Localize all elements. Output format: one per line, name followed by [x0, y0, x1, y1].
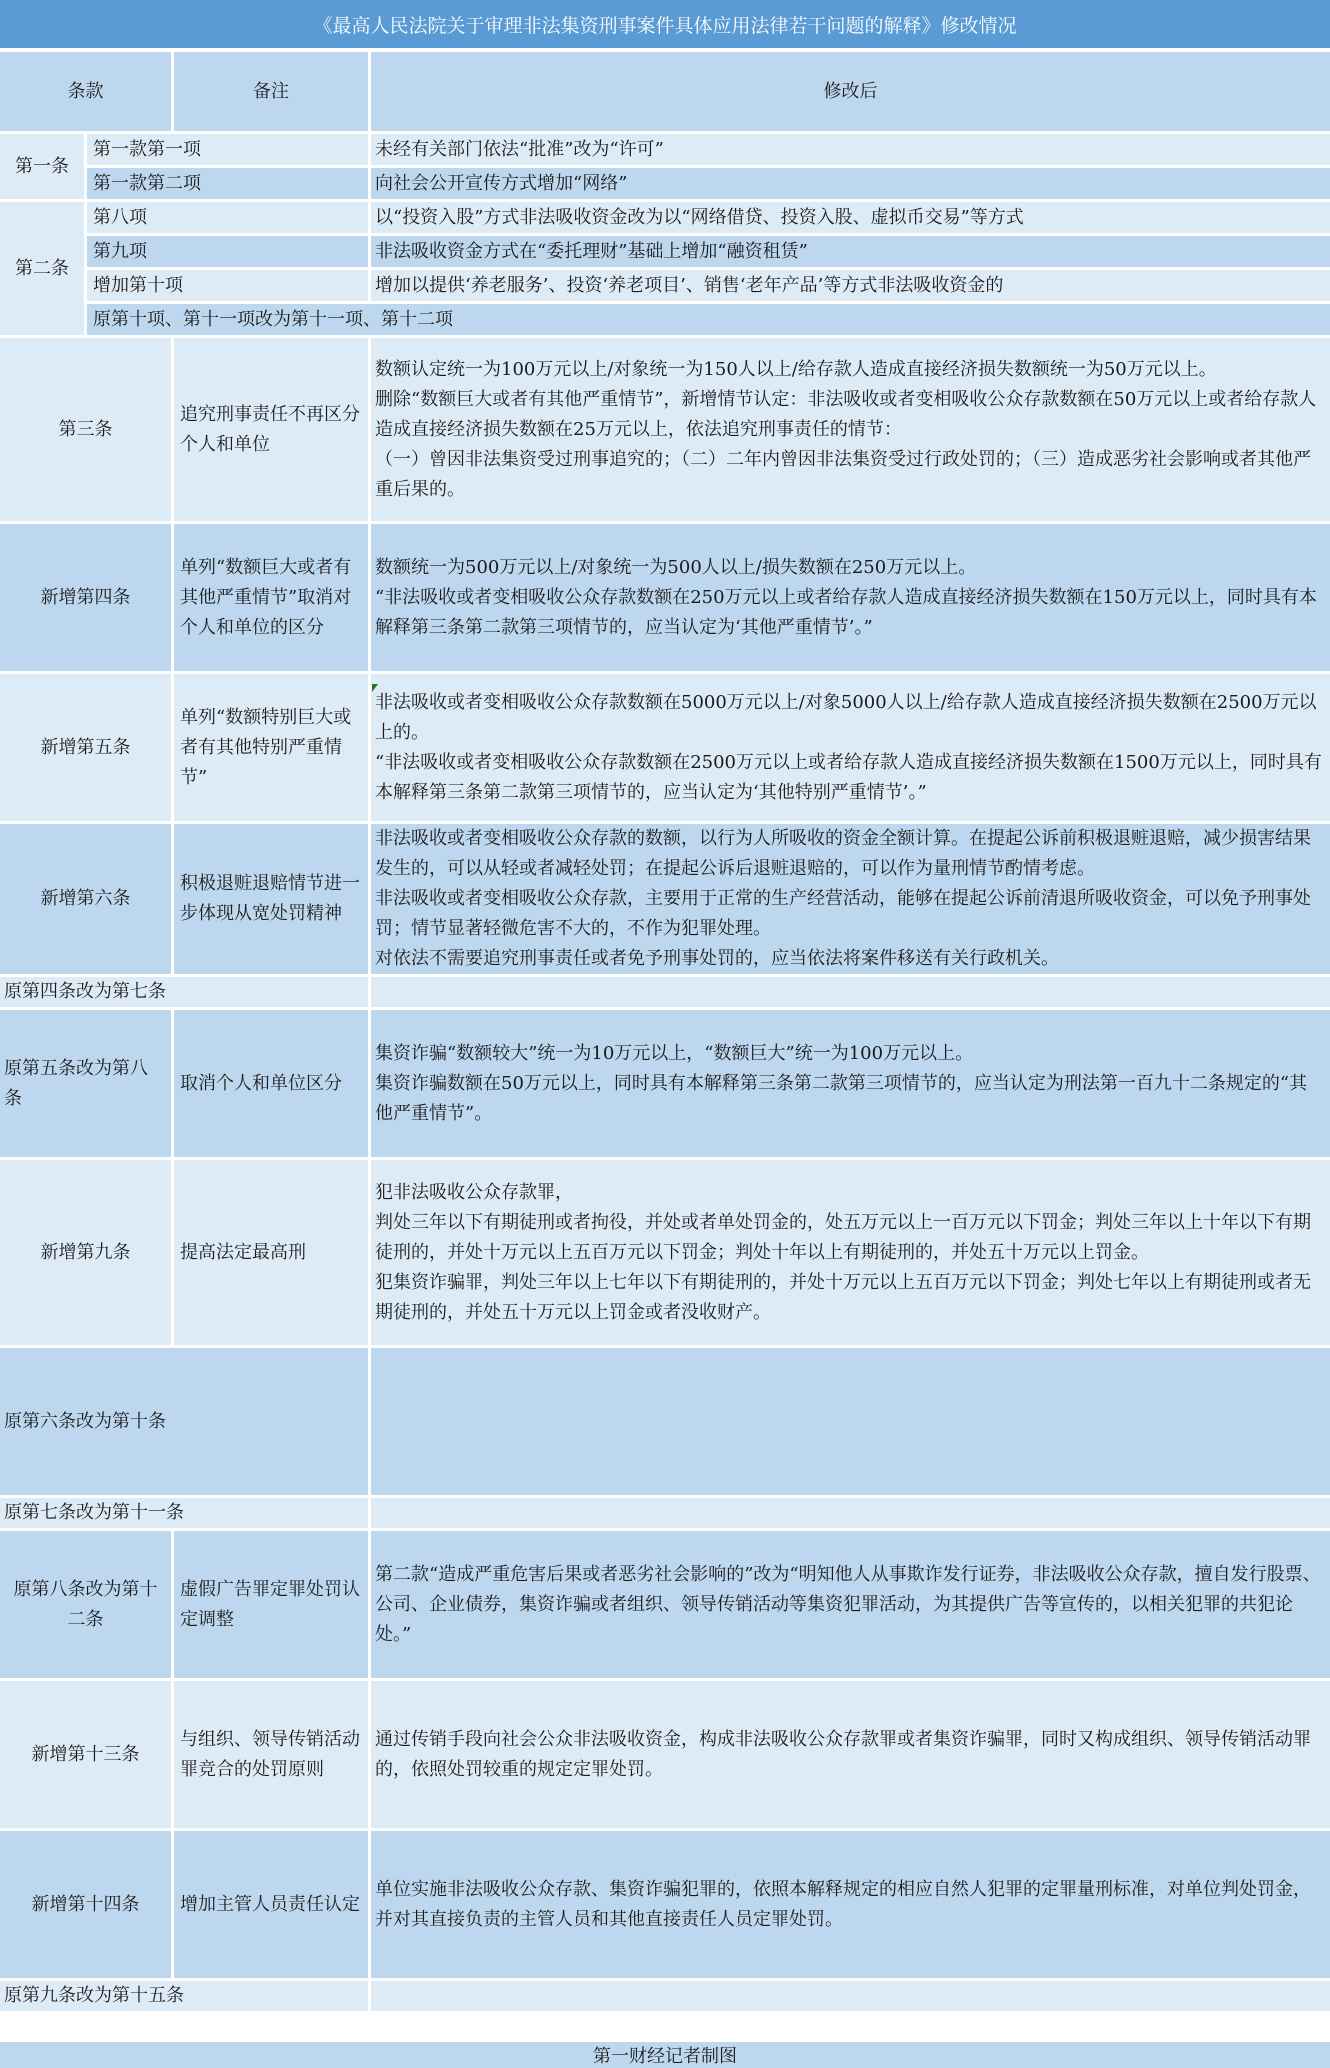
table-row: 原第五条改为第八条 取消个人和单位区分 集资诈骗“数额较大”统一为10万元以上，…	[0, 1010, 1330, 1160]
revised-cell: 未经有关部门依法“批准”改为“许可”	[371, 134, 1330, 168]
revised-line: 第二款“造成严重危害后果或者恶劣社会影响的”改为“明知他人从事欺诈发行证券，非法…	[375, 1560, 1324, 1650]
clause-cell: 新增第十四条	[0, 1831, 174, 1981]
revised-line: “非法吸收或者变相吸收公众存款数额在250万元以上或者给存款人造成直接经济损失数…	[375, 583, 1324, 643]
revised-line: 对依法不需要追究刑事责任或者免予刑事处罚的，应当依法将案件移送有关行政机关。	[375, 944, 1324, 974]
table-row: 第一条 第一款第一项 未经有关部门依法“批准”改为“许可”	[0, 134, 1330, 168]
revised-line: 数额认定统一为100万元以上/对象统一为150人以上/给存款人造成直接经济损失数…	[375, 355, 1324, 385]
revised-line: 集资诈骗数额在50万元以上，同时具有本解释第三条第二款第三项情节的，应当认定为刑…	[375, 1069, 1324, 1129]
note-cell: 追究刑事责任不再区分个人和单位	[174, 338, 371, 524]
revised-cell: 非法吸收或者变相吸收公众存款数额在5000万元以上/对象5000人以上/给存款人…	[371, 674, 1330, 824]
clause-cell: 新增第十三条	[0, 1681, 174, 1831]
revised-cell: 以“投资入股”方式非法吸收资金改为以“网络借贷、投资入股、虚拟币交易”等方式	[371, 202, 1330, 236]
cell-comment-marker-icon	[372, 684, 378, 692]
revised-line: 通过传销手段向社会公众非法吸收资金，构成非法吸收公众存款罪或者集资诈骗罪，同时又…	[375, 1725, 1324, 1785]
header-revised: 修改后	[371, 52, 1330, 134]
sub-item-cell: 第八项	[87, 202, 371, 236]
table-header-row: 条款 备注 修改后	[0, 52, 1330, 134]
note-cell: 取消个人和单位区分	[174, 1010, 371, 1160]
empty-cell	[371, 1348, 1330, 1498]
revised-cell: 增加以提供‘养老服务’、投资‘养老项目’、销售‘老年产品’等方式非法吸收资金的	[371, 270, 1330, 304]
revised-cell: 数额统一为500万元以上/对象统一为500人以上/损失数额在250万元以上。 “…	[371, 524, 1330, 674]
revised-cell: 犯非法吸收公众存款罪， 判处三年以下有期徒刑或者拘役，并处或者单处罚金的，处五万…	[371, 1160, 1330, 1348]
table-row: 原第七条改为第十一条	[0, 1498, 1330, 1531]
header-clause: 条款	[0, 52, 174, 134]
clause-cell: 新增第九条	[0, 1160, 174, 1348]
table-row: 原第四条改为第七条	[0, 977, 1330, 1010]
revised-cell: 向社会公开宣传方式增加“网络”	[371, 168, 1330, 202]
renumber-cell: 原第七条改为第十一条	[0, 1498, 371, 1531]
revised-cell: 非法吸收资金方式在“委托理财”基础上增加“融资租赁”	[371, 236, 1330, 270]
revised-cell: 集资诈骗“数额较大”统一为10万元以上，“数额巨大”统一为100万元以上。 集资…	[371, 1010, 1330, 1160]
empty-cell	[371, 1498, 1330, 1531]
sub-item-cell: 第一款第二项	[87, 168, 371, 202]
note-cell: 虚假广告罪定罪处罚认定调整	[174, 1531, 371, 1681]
table-row: 新增第十三条 与组织、领导传销活动罪竞合的处罚原则 通过传销手段向社会公众非法吸…	[0, 1681, 1330, 1831]
renumber-cell: 原第六条改为第十条	[0, 1348, 371, 1498]
sub-item-cell: 增加第十项	[87, 270, 371, 304]
revised-line: 单位实施非法吸收公众存款、集资诈骗犯罪的，依照本解释规定的相应自然人犯罪的定罪量…	[375, 1875, 1324, 1935]
table-row: 新增第九条 提高法定最高刑 犯非法吸收公众存款罪， 判处三年以下有期徒刑或者拘役…	[0, 1160, 1330, 1348]
revision-table: 条款 备注 修改后 第一条 第一款第一项 未经有关部门依法“批准”改为“许可” …	[0, 52, 1330, 2014]
table-row: 第二条 第八项 以“投资入股”方式非法吸收资金改为以“网络借贷、投资入股、虚拟币…	[0, 202, 1330, 236]
table-row: 第九项 非法吸收资金方式在“委托理财”基础上增加“融资租赁”	[0, 236, 1330, 270]
revised-cell: 数额认定统一为100万元以上/对象统一为150人以上/给存款人造成直接经济损失数…	[371, 338, 1330, 524]
table-row: 增加第十项 增加以提供‘养老服务’、投资‘养老项目’、销售‘老年产品’等方式非法…	[0, 270, 1330, 304]
table-row: 新增第十四条 增加主管人员责任认定 单位实施非法吸收公众存款、集资诈骗犯罪的，依…	[0, 1831, 1330, 1981]
note-cell: 单列“数额特别巨大或者有其他特别严重情节”	[174, 674, 371, 824]
revised-cell: 单位实施非法吸收公众存款、集资诈骗犯罪的，依照本解释规定的相应自然人犯罪的定罪量…	[371, 1831, 1330, 1981]
sub-item-cell: 第一款第一项	[87, 134, 371, 168]
revised-line: 犯集资诈骗罪，判处三年以上七年以下有期徒刑的，并处十万元以上五百万元以下罚金；判…	[375, 1268, 1324, 1328]
revised-line: 非法吸收或者变相吸收公众存款的数额，以行为人所吸收的资金全额计算。在提起公诉前积…	[375, 824, 1324, 884]
header-note: 备注	[174, 52, 371, 134]
revised-line: 数额统一为500万元以上/对象统一为500人以上/损失数额在250万元以上。	[375, 553, 1324, 583]
note-cell: 单列“数额巨大或者有其他严重情节”取消对个人和单位的区分	[174, 524, 371, 674]
empty-cell	[371, 977, 1330, 1010]
table-row: 新增第四条 单列“数额巨大或者有其他严重情节”取消对个人和单位的区分 数额统一为…	[0, 524, 1330, 674]
revised-line: 集资诈骗“数额较大”统一为10万元以上，“数额巨大”统一为100万元以上。	[375, 1039, 1324, 1069]
revised-cell: 第二款“造成严重危害后果或者恶劣社会影响的”改为“明知他人从事欺诈发行证券，非法…	[371, 1531, 1330, 1681]
clause-cell: 新增第六条	[0, 824, 174, 977]
revised-line: 判处三年以下有期徒刑或者拘役，并处或者单处罚金的，处五万元以上一百万元以下罚金；…	[375, 1208, 1324, 1268]
revised-line: 删除“数额巨大或者有其他严重情节”，新增情节认定：非法吸收或者变相吸收公众存款数…	[375, 385, 1324, 445]
sub-item-cell: 第九项	[87, 236, 371, 270]
table-title: 《最高人民法院关于审理非法集资刑事案件具体应用法律若干问题的解释》修改情况	[0, 0, 1330, 48]
clause-cell: 新增第四条	[0, 524, 174, 674]
clause-cell: 原第五条改为第八条	[0, 1010, 174, 1160]
table-row: 原第六条改为第十条	[0, 1348, 1330, 1498]
revised-line: 非法吸收或者变相吸收公众存款数额在5000万元以上/对象5000人以上/给存款人…	[375, 688, 1324, 748]
note-cell: 与组织、领导传销活动罪竞合的处罚原则	[174, 1681, 371, 1831]
note-cell: 提高法定最高刑	[174, 1160, 371, 1348]
revised-line: 非法吸收或者变相吸收公众存款，主要用于正常的生产经营活动，能够在提起公诉前清退所…	[375, 884, 1324, 944]
source-credit: 第一财经记者制图	[0, 2042, 1330, 2068]
clause-cell: 原第八条改为第十二条	[0, 1531, 174, 1681]
sub-item-cell: 原第十项、第十一项改为第十一项、第十二项	[87, 304, 1330, 338]
empty-cell	[371, 1981, 1330, 2014]
table-row: 新增第五条 单列“数额特别巨大或者有其他特别严重情节” 非法吸收或者变相吸收公众…	[0, 674, 1330, 824]
revised-line: 犯非法吸收公众存款罪，	[375, 1178, 1324, 1208]
renumber-cell: 原第四条改为第七条	[0, 977, 371, 1010]
table-row: 新增第六条 积极退赃退赔情节进一步体现从宽处罚精神 非法吸收或者变相吸收公众存款…	[0, 824, 1330, 977]
note-cell: 增加主管人员责任认定	[174, 1831, 371, 1981]
clause-cell: 新增第五条	[0, 674, 174, 824]
clause-cell: 第三条	[0, 338, 174, 524]
revised-line: “非法吸收或者变相吸收公众存款数额在2500万元以上或者给存款人造成直接经济损失…	[375, 748, 1324, 808]
note-cell: 积极退赃退赔情节进一步体现从宽处罚精神	[174, 824, 371, 977]
table-row: 第三条 追究刑事责任不再区分个人和单位 数额认定统一为100万元以上/对象统一为…	[0, 338, 1330, 524]
table-row: 原第九条改为第十五条	[0, 1981, 1330, 2014]
revised-cell: 非法吸收或者变相吸收公众存款的数额，以行为人所吸收的资金全额计算。在提起公诉前积…	[371, 824, 1330, 977]
renumber-cell: 原第九条改为第十五条	[0, 1981, 371, 2014]
clause-cell: 第二条	[0, 202, 87, 338]
table-row: 原第十项、第十一项改为第十一项、第十二项	[0, 304, 1330, 338]
table-row: 原第八条改为第十二条 虚假广告罪定罪处罚认定调整 第二款“造成严重危害后果或者恶…	[0, 1531, 1330, 1681]
revised-cell: 通过传销手段向社会公众非法吸收资金，构成非法吸收公众存款罪或者集资诈骗罪，同时又…	[371, 1681, 1330, 1831]
table-row: 第一款第二项 向社会公开宣传方式增加“网络”	[0, 168, 1330, 202]
clause-cell: 第一条	[0, 134, 87, 202]
revised-line: （一）曾因非法集资受过刑事追究的；（二）二年内曾因非法集资受过行政处罚的；（三）…	[375, 445, 1324, 505]
